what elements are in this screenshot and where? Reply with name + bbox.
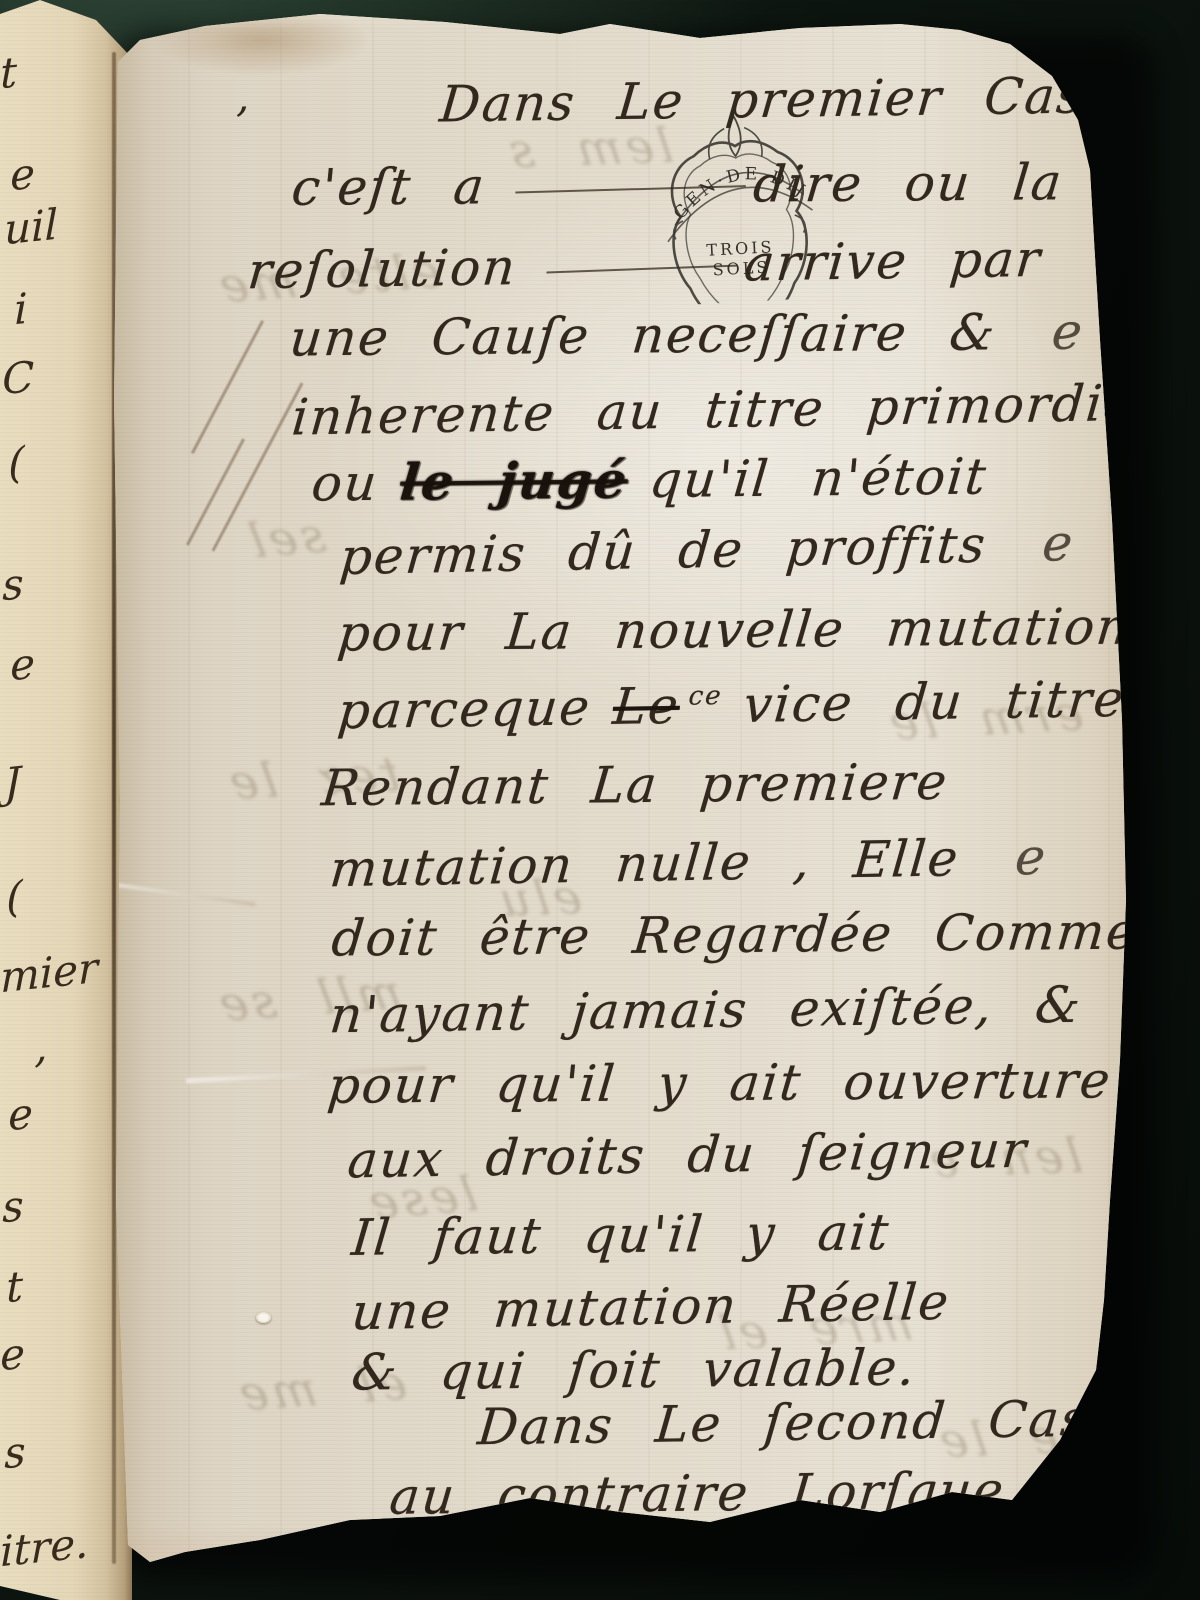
handwritten-line: mutation nulle , Ellee [330,832,1048,895]
handwritten-word: vice du titre [741,670,1128,734]
handwritten-line: oule jugéqu'il n'étoit [312,451,988,508]
stamp-value-trois: TROIS [706,237,775,260]
handwritten-word: & qui ſoit valable. [349,1339,919,1402]
facing-page-text-fragment: mier [0,943,99,1003]
bleedthrough-mark: sel [241,509,330,570]
handwritten-line: permis dû de proffitse [340,518,1075,582]
ink-scribble [191,320,264,454]
facing-page-text-fragment: s [2,1173,101,1233]
leading-comma-mark: , [236,72,249,121]
handwritten-word: une Cauſe neceſſaire & [287,303,999,367]
facing-page-text-fragment: e [0,1321,99,1381]
facing-page-text-fragment: t [0,39,99,99]
ink-scribble [186,438,245,545]
handwritten-word: reſolution [245,238,519,300]
stamp-banner-text: GEN·DE DIJON [631,97,813,227]
ink-scribble [212,382,304,551]
paper-crease [106,882,255,907]
handwritten-line: n'ayant jamais exiſtée, & [330,980,1083,1040]
handwritten-word: permis dû de proffits [338,516,990,587]
handwritten-line: aux droits du ſeigneur [348,1125,1029,1186]
facing-page-text-fragment: e [10,141,109,201]
facing-page-text-fragment: e [10,631,109,691]
handwritten-word: doit être Regardée Comme [329,902,1141,967]
gutter-fold-line [112,52,116,1564]
handwritten-word: une mutation Réelle [350,1273,953,1342]
handwritten-line: inherente au titre primordial [292,377,1155,442]
handwritten-word: e [1040,514,1077,573]
handwritten-line: une mutation Réelle [352,1277,951,1337]
facing-page-text-fragment: t [6,1253,105,1313]
facing-page-text-fragment: itre. [0,1517,99,1577]
handwritten-line: une Cauſe neceſſaire &e [290,307,1084,364]
struck-word: le jugé [398,450,631,511]
facing-page-text-fragment: i [14,275,113,335]
handwritten-word: c'eſt a [289,157,488,216]
facing-page-text-fragment: J [4,749,103,809]
handwritten-line: Il faut qu'il y ait [352,1207,891,1263]
handwritten-line: Dans Le ſecond Cas [478,1394,1089,1453]
facing-page-text-fragment: C [2,345,101,405]
handwritten-word: Dans Le ſecond Cas [475,1390,1091,1457]
facing-page-text-fragment: s [2,551,101,611]
handwritten-word: pour La nouvelle mutation [335,598,1133,663]
facing-page-text-fragment: ( [8,429,107,489]
handwritten-word: n'ayant jamais exiſtée, & [327,976,1084,1045]
facing-page-text-fragment: uil [4,195,103,255]
handwritten-word: Il faut qu'il y ait [349,1203,892,1267]
stamp-value-sols: SOLS [712,257,771,279]
handwritten-line: & qui ſoit valable. [352,1343,917,1398]
handwritten-word: Rendant La premiere [319,753,951,818]
handwritten-word: qu'il n'étoit [647,447,990,509]
handwritten-word: ou [309,454,381,513]
handwritten-word: e [1013,828,1050,887]
paper-hole [256,1312,271,1323]
handwritten-word: pour qu'il y ait ouverture [325,1051,1114,1115]
handwritten-word: inherente au titre primordial [290,373,1157,446]
handwritten-line: pour qu'il y ait ouverture [328,1055,1112,1110]
handwritten-line: doit être Regardée Comme [332,906,1138,963]
handwritten-word: mutation nulle , Elle [328,829,963,898]
superscript-correction: ce [687,681,724,712]
handwritten-line: Rendant La premiere [322,757,949,814]
handwritten-word: parceque [335,678,593,740]
handwritten-word: e [1049,303,1086,361]
handwritten-word: aux droits du ſeigneur [345,1121,1030,1190]
struck-word: Le [611,677,683,736]
facing-page-text-fragment: s [4,1419,103,1479]
handwritten-line: parcequeLecevice du titre [338,674,1126,736]
facing-page-text-fragment: ( [6,863,105,923]
facing-page-text-fragment: e [8,1081,107,1141]
manuscript-page: elte melem sseltez lemll seeluerm lelen … [96,12,1172,1588]
manuscript-photograph: teuiliC(seJ(mier,estesitre. elte melem s… [0,0,1200,1600]
handwritten-line: pour La nouvelle mutation [338,602,1131,659]
tax-stamp-dijon: GEN·DE DIJON TROIS SOLS [631,97,845,307]
